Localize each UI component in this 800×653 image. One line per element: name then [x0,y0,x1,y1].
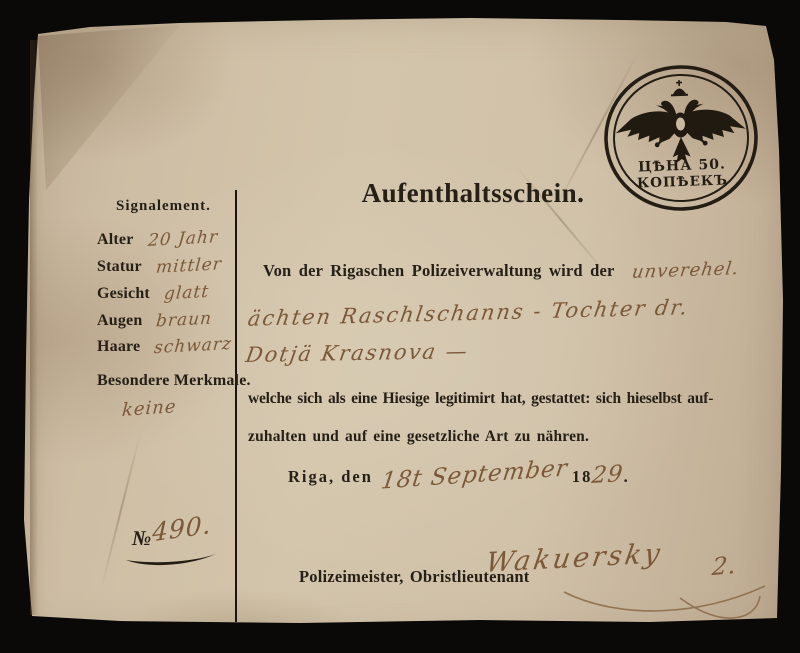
date-year-handwritten: 29 [591,461,625,489]
signalement-row-statur: Statur mittler [97,256,222,276]
field-label: Alter [97,231,134,248]
signalement-row-alter: Alter 20 Jahr [97,229,218,249]
signalement-row-augen: Augen braun [97,310,213,330]
date-period: . [624,467,630,487]
field-value-handwritten: schwarz [154,334,234,358]
signalement-row-gesicht: Gesicht glatt [97,283,209,303]
field-label: Statur [97,258,142,275]
signature-flourish [560,580,770,630]
handwritten-line-3: Dotjä Krasnova — [244,339,471,367]
field-value-handwritten: braun [156,308,214,331]
number-value-handwritten: 490. [152,510,212,548]
scanned-document: ЦѢНА 50. КОПѢЕКЪ Aufenthaltsschein. Sign… [0,0,800,653]
body-clause-line-1: welche sich als eine Hiesige legitimirt … [248,390,713,408]
document-title: Aufenthaltsschein. [348,178,598,209]
intro-printed-text: Von der Rigaschen Polizeiverwaltung wird… [263,261,615,280]
intro-handwritten-text: unverehel. [630,258,740,283]
body-clause-line-2: zuhalten und auf eine gesetzliche Art zu… [248,428,589,446]
field-value-handwritten: 20 Jahr [147,227,219,251]
date-year-printed: 18 [572,467,593,487]
field-value-handwritten: glatt [163,282,210,304]
field-label: Haare [97,338,140,355]
field-value-handwritten: mittler [155,254,223,278]
signalement-heading: Signalement. [116,198,211,215]
besondere-merkmale-heading: Besondere Merkmale. [97,372,251,390]
date-line: Riga, den 18t September 18 29 . [288,462,630,488]
number-prefix: № [132,526,151,551]
besondere-merkmale-value-handwritten: keine [121,396,177,421]
field-label: Augen [97,312,142,329]
revenue-stamp: ЦѢНА 50. КОПѢЕКЪ [597,59,764,217]
field-label: Gesicht [97,285,150,302]
signature-suffix-handwritten: 2. [711,551,738,581]
signalement-row-haare: Haare schwarz [97,336,232,356]
body-intro-line: Von der Rigaschen Polizeiverwaltung wird… [263,260,739,281]
number-swash-flourish [124,550,234,570]
document-number-block: № 490. [124,514,254,570]
left-edge-fold-shadow [30,40,46,615]
date-prefix: Riga, den [288,467,373,487]
